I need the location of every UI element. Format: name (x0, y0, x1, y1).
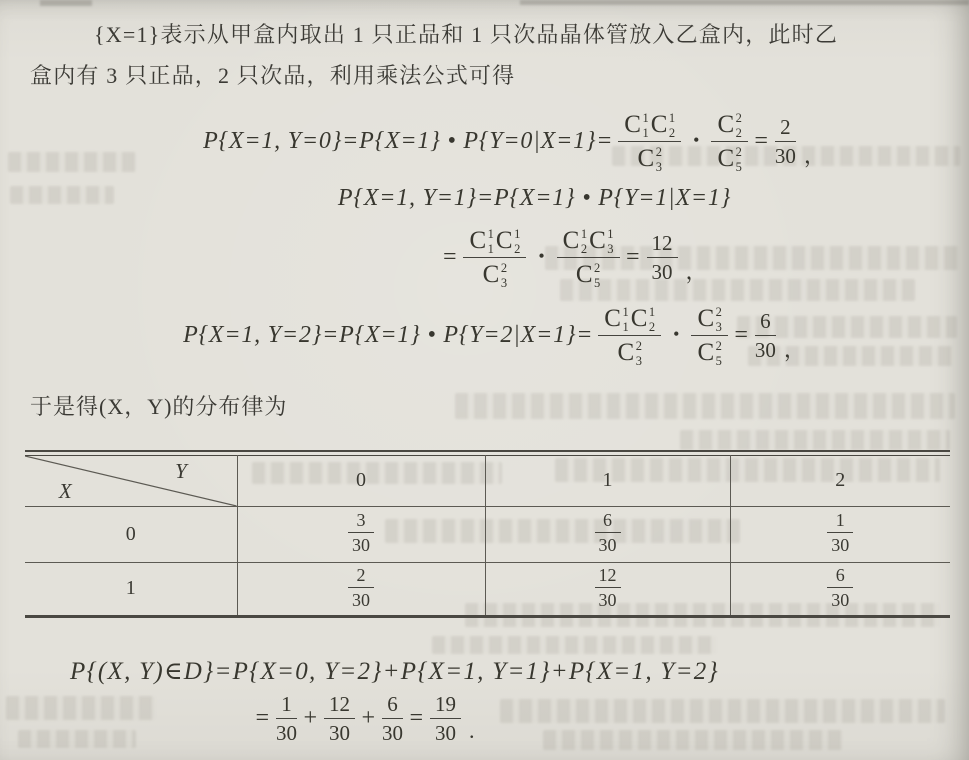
term-fraction: 630 (382, 692, 403, 744)
equation-p-x1-y1-continued: = C11 C12 C23 • C12 C13 C25 = 12 30 ， (90, 226, 969, 288)
combination-term: C12 (563, 227, 587, 254)
probability-fraction: 230 (348, 566, 374, 612)
result-fraction: 6 30 (755, 309, 776, 361)
combination-term: C23 (638, 145, 662, 172)
fraction: C23 C25 (691, 304, 727, 366)
table-row-x0: 0 330 630 130 (25, 506, 950, 562)
bleedthrough-smudge (6, 696, 156, 720)
plus-sign: + (360, 705, 377, 732)
comma: ， (784, 333, 806, 364)
equation-p-xy-in-d: P{(X, Y)∈D}=P{X=0, Y=2}+P{X=1, Y=1}+P{X=… (70, 656, 719, 686)
distribution-table: Y X 0 1 2 0 330 630 130 1 230 1230 630 (25, 455, 950, 618)
diagonal-line (25, 456, 237, 506)
col-header-2: 2 (730, 455, 950, 506)
cell-x0-y1: 630 (485, 506, 730, 562)
equals-sign: = (733, 322, 750, 349)
paragraph-line-2: 盒内有 3 只正品，2 只次品，利用乘法公式可得 (30, 55, 943, 96)
combination-term: C25 (717, 145, 741, 172)
fraction: C11 C12 C23 (463, 226, 526, 288)
equation-p-x1-y2: P{X=1, Y=2}=P{X=1} • P{Y=2|X=1}= C11 C12… (10, 304, 969, 366)
comma: ， (804, 139, 826, 170)
combination-term: C11 (624, 111, 648, 138)
bleedthrough-smudge (500, 699, 945, 723)
fraction: C12 C13 C25 (557, 226, 620, 288)
distribution-table-wrap: Y X 0 1 2 0 330 630 130 1 230 1230 630 (25, 450, 950, 618)
bleedthrough-smudge (543, 730, 843, 750)
probability-fraction: 630 (595, 511, 621, 557)
result-fraction: 12 30 (647, 231, 678, 283)
cell-x0-y2: 130 (730, 506, 950, 562)
cell-x1-y2: 630 (730, 562, 950, 616)
bleedthrough-smudge (18, 730, 136, 748)
fraction: C22 C25 (711, 110, 747, 172)
result-fraction: 2 30 (775, 115, 796, 167)
multiplication-dot: • (673, 324, 679, 345)
paragraph-line-1: {X=1}表示从甲盒内取出 1 只正品和 1 只次品晶体管放入乙盒内，此时乙 (30, 14, 943, 55)
equals-sign: = (753, 128, 770, 155)
probability-fraction: 130 (827, 511, 853, 557)
combination-term: C13 (589, 227, 613, 254)
combination-term: C22 (717, 111, 741, 138)
combination-term: C23 (697, 305, 721, 332)
table-header-row: Y X 0 1 2 (25, 455, 950, 506)
combination-term: C12 (631, 305, 655, 332)
equation-lead: P{(X, Y)∈D}=P{X=0, Y=2}+P{X=1, Y=1}+P{X=… (70, 656, 719, 686)
equals-sign: = (625, 244, 642, 271)
cell-x1-y1: 1230 (485, 562, 730, 616)
term-fraction: 130 (276, 692, 297, 744)
combination-term: C23 (618, 339, 642, 366)
combination-term: C12 (651, 111, 675, 138)
combination-term: C23 (483, 261, 507, 288)
cell-x0-y0: 330 (237, 506, 485, 562)
scan-edge-mark (520, 0, 969, 5)
combination-term: C25 (697, 339, 721, 366)
plus-sign: + (302, 705, 319, 732)
equation-p-x1-y0: P{X=1, Y=0}=P{X=1} • P{Y=0|X=1}= C11 C12… (30, 110, 969, 172)
equation-lead: P{X=1, Y=2}=P{X=1} • P{Y=2|X=1}= (183, 322, 593, 349)
probability-fraction: 630 (827, 566, 853, 612)
equation-lead: P{X=1, Y=0}=P{X=1} • P{Y=0|X=1}= (203, 128, 613, 155)
period: . (469, 718, 475, 744)
equals-sign: = (408, 705, 425, 732)
equation-sum-result: = 130 + 1230 + 630 = 1930 . (254, 692, 475, 744)
scanned-textbook-page: {X=1}表示从甲盒内取出 1 只正品和 1 只次品晶体管放入乙盒内，此时乙 盒… (0, 0, 969, 760)
row-variable-label: X (59, 479, 72, 504)
bleedthrough-smudge (455, 393, 955, 419)
table-corner-cell: Y X (25, 455, 237, 506)
probability-fraction: 1230 (595, 566, 621, 612)
row-label: 0 (25, 506, 237, 562)
combination-term: C12 (496, 227, 520, 254)
col-variable-label: Y (175, 459, 187, 484)
col-header-0: 0 (237, 455, 485, 506)
comma: ， (686, 255, 708, 286)
equation-p-x1-y1: P{X=1, Y=1}=P{X=1} • P{Y=1|X=1} (50, 185, 969, 212)
equation-lead: P{X=1, Y=1}=P{X=1} • P{Y=1|X=1} (338, 185, 731, 212)
equals-sign: = (441, 244, 458, 271)
result-fraction: 1930 (430, 692, 461, 744)
table-row-x1: 1 230 1230 630 (25, 562, 950, 616)
probability-fraction: 330 (348, 511, 374, 557)
fraction: C11 C12 C23 (618, 110, 681, 172)
term-fraction: 1230 (324, 692, 355, 744)
col-header-1: 1 (485, 455, 730, 506)
combination-term: C25 (576, 261, 600, 288)
bleedthrough-smudge (432, 636, 717, 654)
bleedthrough-smudge (680, 430, 950, 450)
row-label: 1 (25, 562, 237, 616)
multiplication-dot: • (538, 246, 544, 267)
distribution-intro: 于是得(X，Y)的分布律为 (30, 390, 287, 421)
combination-term: C11 (469, 227, 493, 254)
cell-x1-y0: 230 (237, 562, 485, 616)
equals-sign: = (254, 705, 271, 732)
combination-term: C11 (604, 305, 628, 332)
paragraph: {X=1}表示从甲盒内取出 1 只正品和 1 只次品晶体管放入乙盒内，此时乙 盒… (30, 14, 943, 96)
multiplication-dot: • (693, 130, 699, 151)
fraction: C11 C12 C23 (598, 304, 661, 366)
scan-edge-mark (40, 0, 92, 6)
